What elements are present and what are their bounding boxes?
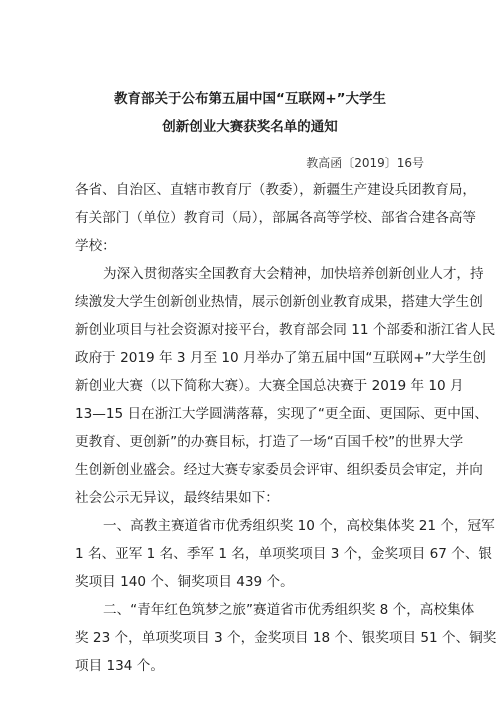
award-item-2-line: 项目 134 个。 bbox=[75, 652, 425, 680]
paragraph-line: 更教育、更创新”的办赛目标，打造了一场“百国千校”的世界大学 bbox=[75, 428, 425, 456]
award-item-1-line: 1 名、亚军 1 名、季军 1 名，单项奖项目 3 个，金奖项目 67 个、银 bbox=[75, 540, 425, 568]
paragraph-line: 新创业项目与社会资源对接平台，教育部会同 11 个部委和浙江省人民 bbox=[75, 316, 425, 344]
paragraph-line: 社会公示无异议，最终结果如下： bbox=[75, 484, 425, 512]
addressee-line: 各省、自治区、直辖市教育厅（教委），新疆生产建设兵团教育局， bbox=[75, 176, 425, 204]
paragraph-line: 新创业大赛（以下简称大赛）。大赛全国总决赛于 2019 年 10 月 bbox=[75, 372, 425, 400]
document-number: 教高函〔2019〕16号 bbox=[306, 154, 424, 171]
award-item-2-line: 奖 23 个，单项奖项目 3 个，金奖项目 18 个、银奖项目 51 个、铜奖 bbox=[75, 624, 425, 652]
document-page: 教育部关于公布第五届中国“互联网+”大学生 创新创业大赛获奖名单的通知 教高函〔… bbox=[0, 0, 500, 707]
award-item-2-line: 二、“青年红色筑梦之旅”赛道省市优秀组织奖 8 个，高校集体 bbox=[75, 596, 425, 624]
addressee-line: 有关部门（单位）教育司（局），部属各高等学校、部省合建各高等 bbox=[75, 204, 425, 232]
document-title-line-2: 创新创业大赛获奖名单的通知 bbox=[0, 115, 500, 135]
paragraph-line: 续激发大学生创新创业热情，展示创新创业教育成果，搭建大学生创 bbox=[75, 288, 425, 316]
award-item-1-line: 奖项目 140 个、铜奖项目 439 个。 bbox=[75, 568, 425, 596]
document-body: 各省、自治区、直辖市教育厅（教委），新疆生产建设兵团教育局， 有关部门（单位）教… bbox=[75, 176, 425, 680]
paragraph-line: 13—15 日在浙江大学圆满落幕，实现了“更全面、更国际、更中国、 bbox=[75, 400, 425, 428]
paragraph-line: 政府于 2019 年 3 月至 10 月举办了第五届中国“互联网+”大学生创 bbox=[75, 344, 425, 372]
award-item-1-line: 一、高教主赛道省市优秀组织奖 10 个，高校集体奖 21 个，冠军 bbox=[75, 512, 425, 540]
paragraph-line: 为深入贯彻落实全国教育大会精神，加快培养创新创业人才，持 bbox=[75, 260, 425, 288]
document-title-line-1: 教育部关于公布第五届中国“互联网+”大学生 bbox=[0, 87, 500, 107]
paragraph-line: 生创新创业盛会。经过大赛专家委员会评审、组织委员会审定，并向 bbox=[75, 456, 425, 484]
addressee-line: 学校： bbox=[75, 232, 425, 260]
